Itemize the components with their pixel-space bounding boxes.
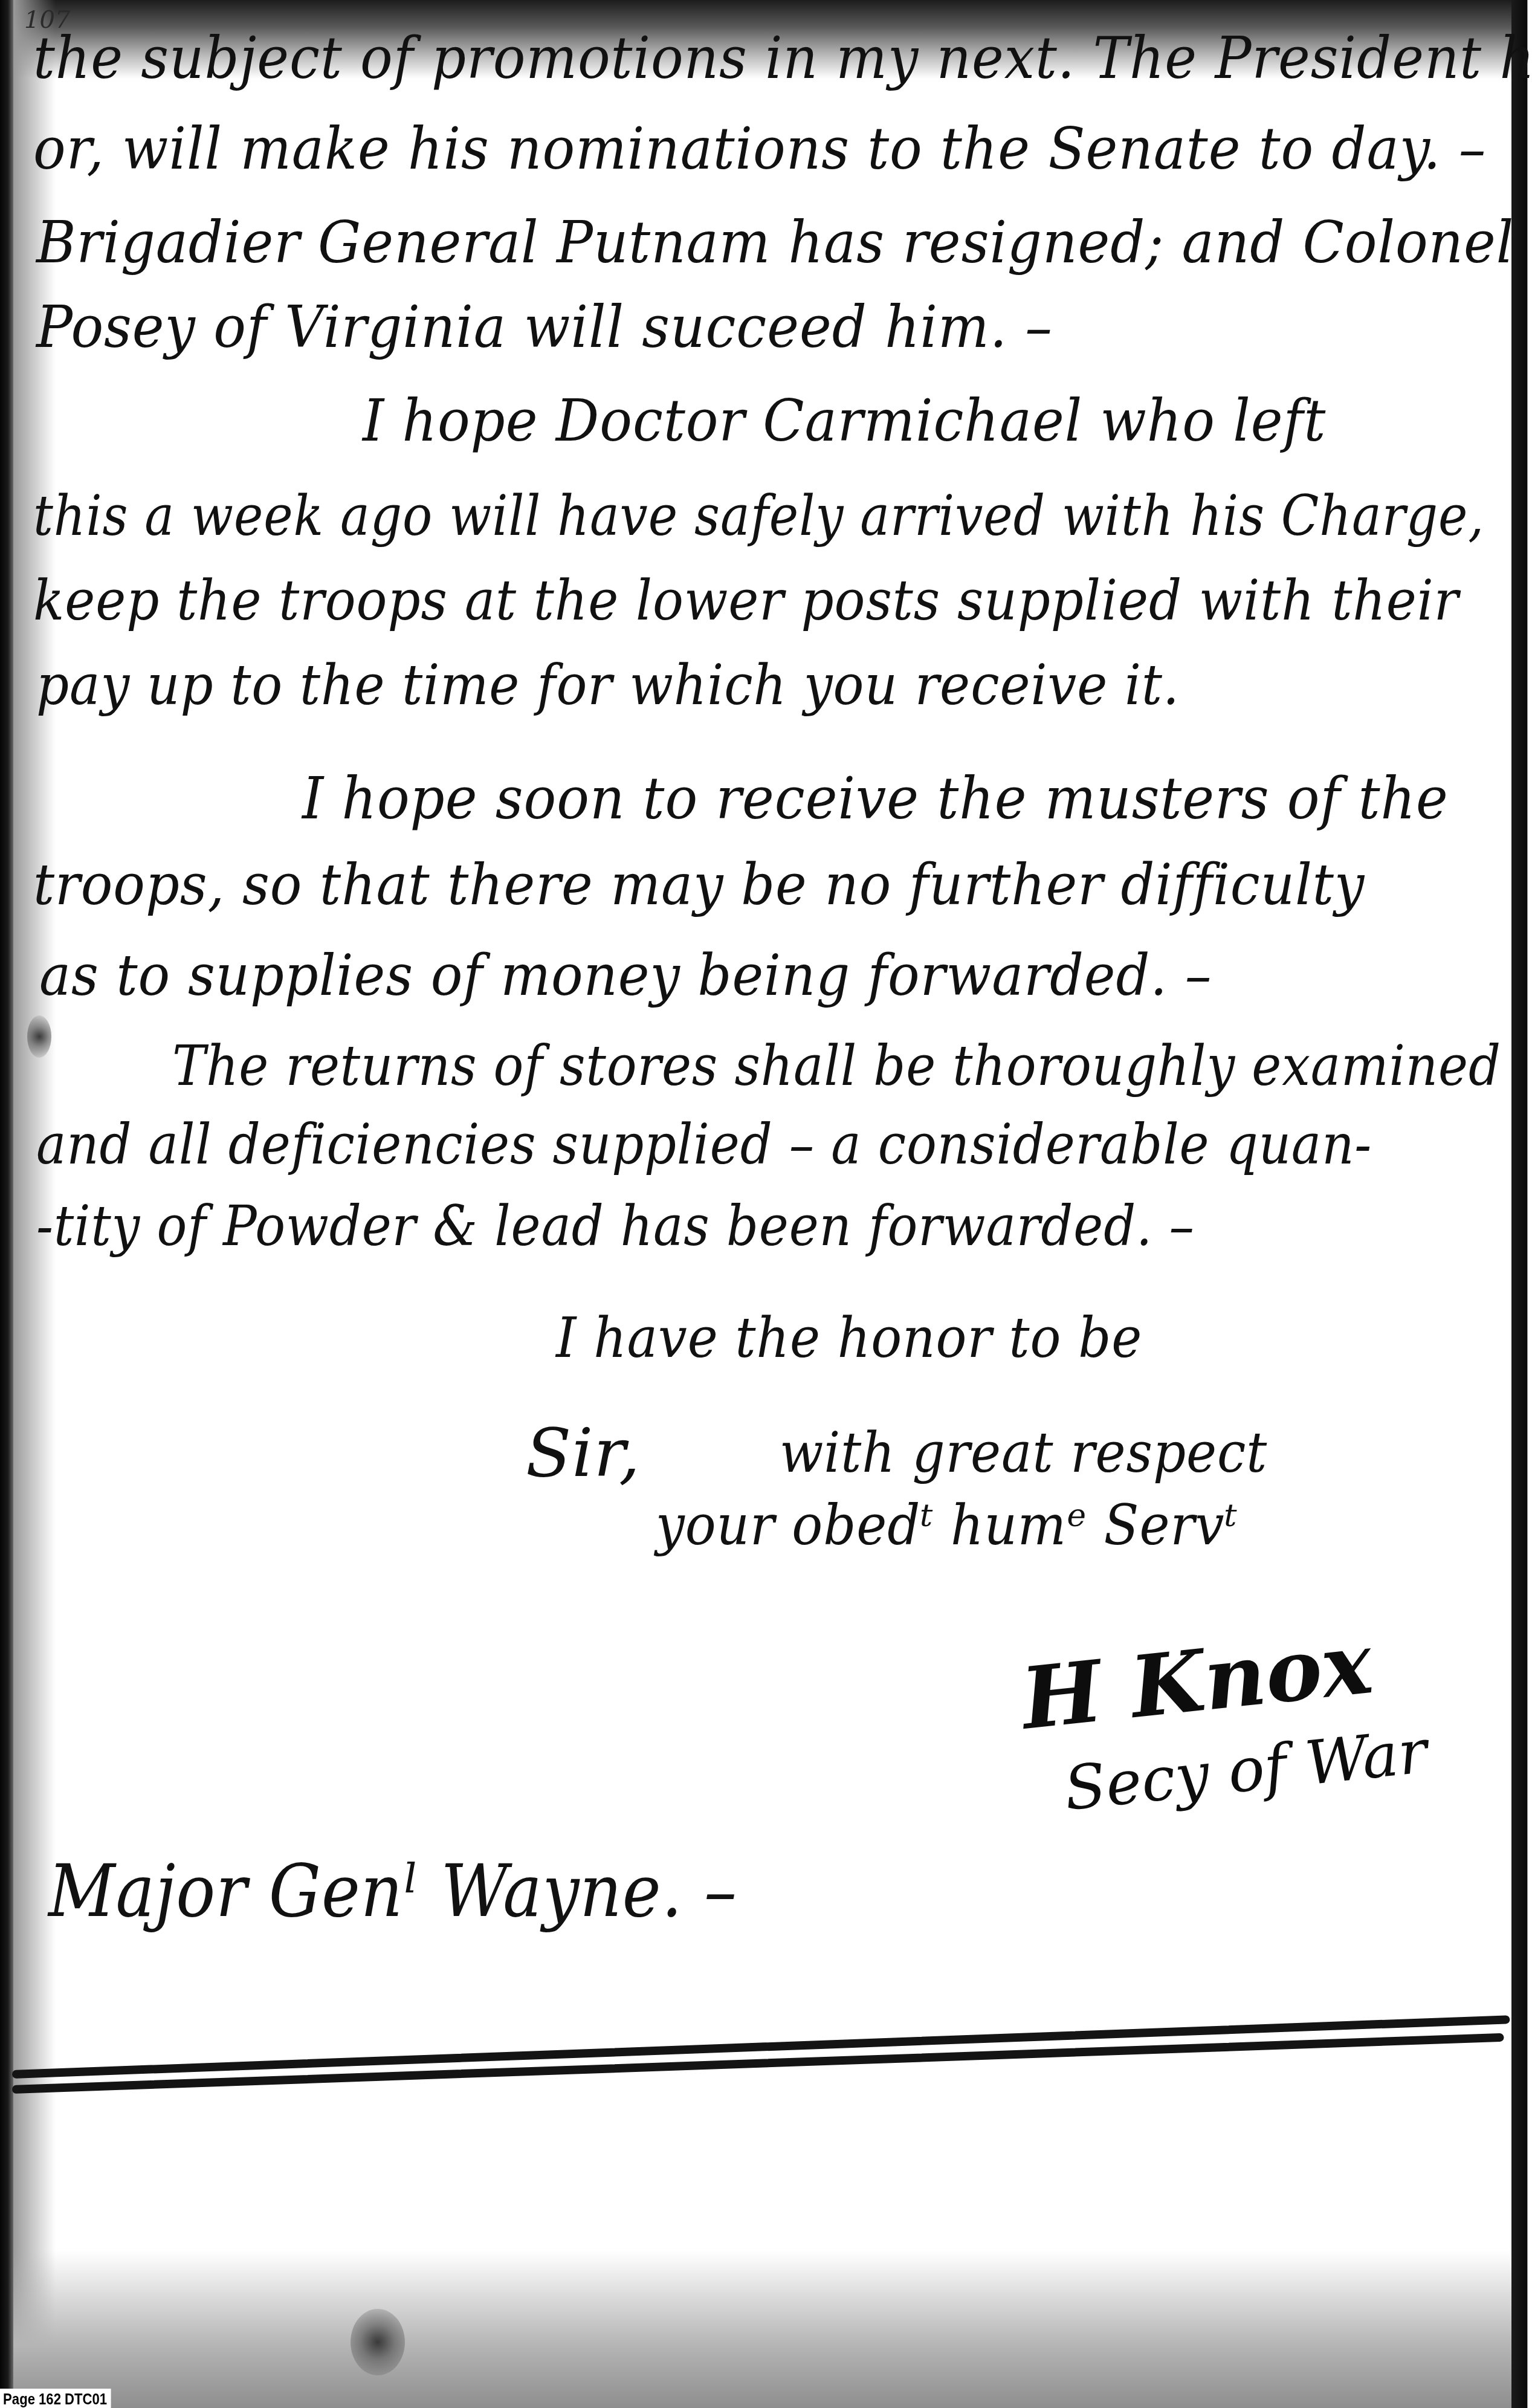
letter-line: as to supplies of money being forwarded.…	[39, 943, 1212, 1009]
scan-border-right	[1511, 0, 1532, 2408]
closing-line: I have the honor to be	[556, 1306, 1142, 1370]
letter-line: or, will make his nominations to the Sen…	[33, 115, 1486, 183]
closing-line: with great respect	[780, 1420, 1267, 1485]
addressee: Major Genˡ Wayne. –	[48, 1850, 737, 1934]
scan-border-left	[0, 0, 13, 2408]
page-bottom-shadow	[0, 2251, 1532, 2408]
closing-line: your obedᵗ humᵉ Servᵗ	[656, 1493, 1238, 1558]
ink-stain	[27, 1015, 51, 1058]
letter-line: -tity of Powder & lead has been forwarde…	[36, 1194, 1195, 1258]
archive-caption: Page 162 DTC01	[0, 2389, 111, 2408]
ink-stain	[351, 2309, 405, 2375]
letter-line: and all deficiencies supplied – a consid…	[36, 1112, 1372, 1177]
letter-line: the subject of promotions in my next. Th…	[33, 24, 1532, 92]
letter-line: I hope soon to receive the musters of th…	[302, 765, 1449, 832]
closing-salutation: Sir,	[526, 1414, 641, 1492]
letter-line: keep the troops at the lower posts suppl…	[33, 568, 1459, 633]
letter-line: I hope Doctor Carmichael who left	[363, 387, 1326, 455]
letter-line: The returns of stores shall be thoroughl…	[172, 1034, 1501, 1098]
letter-line: Brigadier General Putnam has resigned; a…	[36, 209, 1514, 276]
letter-line: troops, so that there may be no further …	[33, 852, 1365, 918]
letter-line: Posey of Virginia will succeed him. –	[36, 293, 1053, 361]
letter-line: this a week ago will have safely arrived…	[33, 484, 1484, 548]
letter-line: pay up to the time for which you receive…	[36, 653, 1180, 717]
